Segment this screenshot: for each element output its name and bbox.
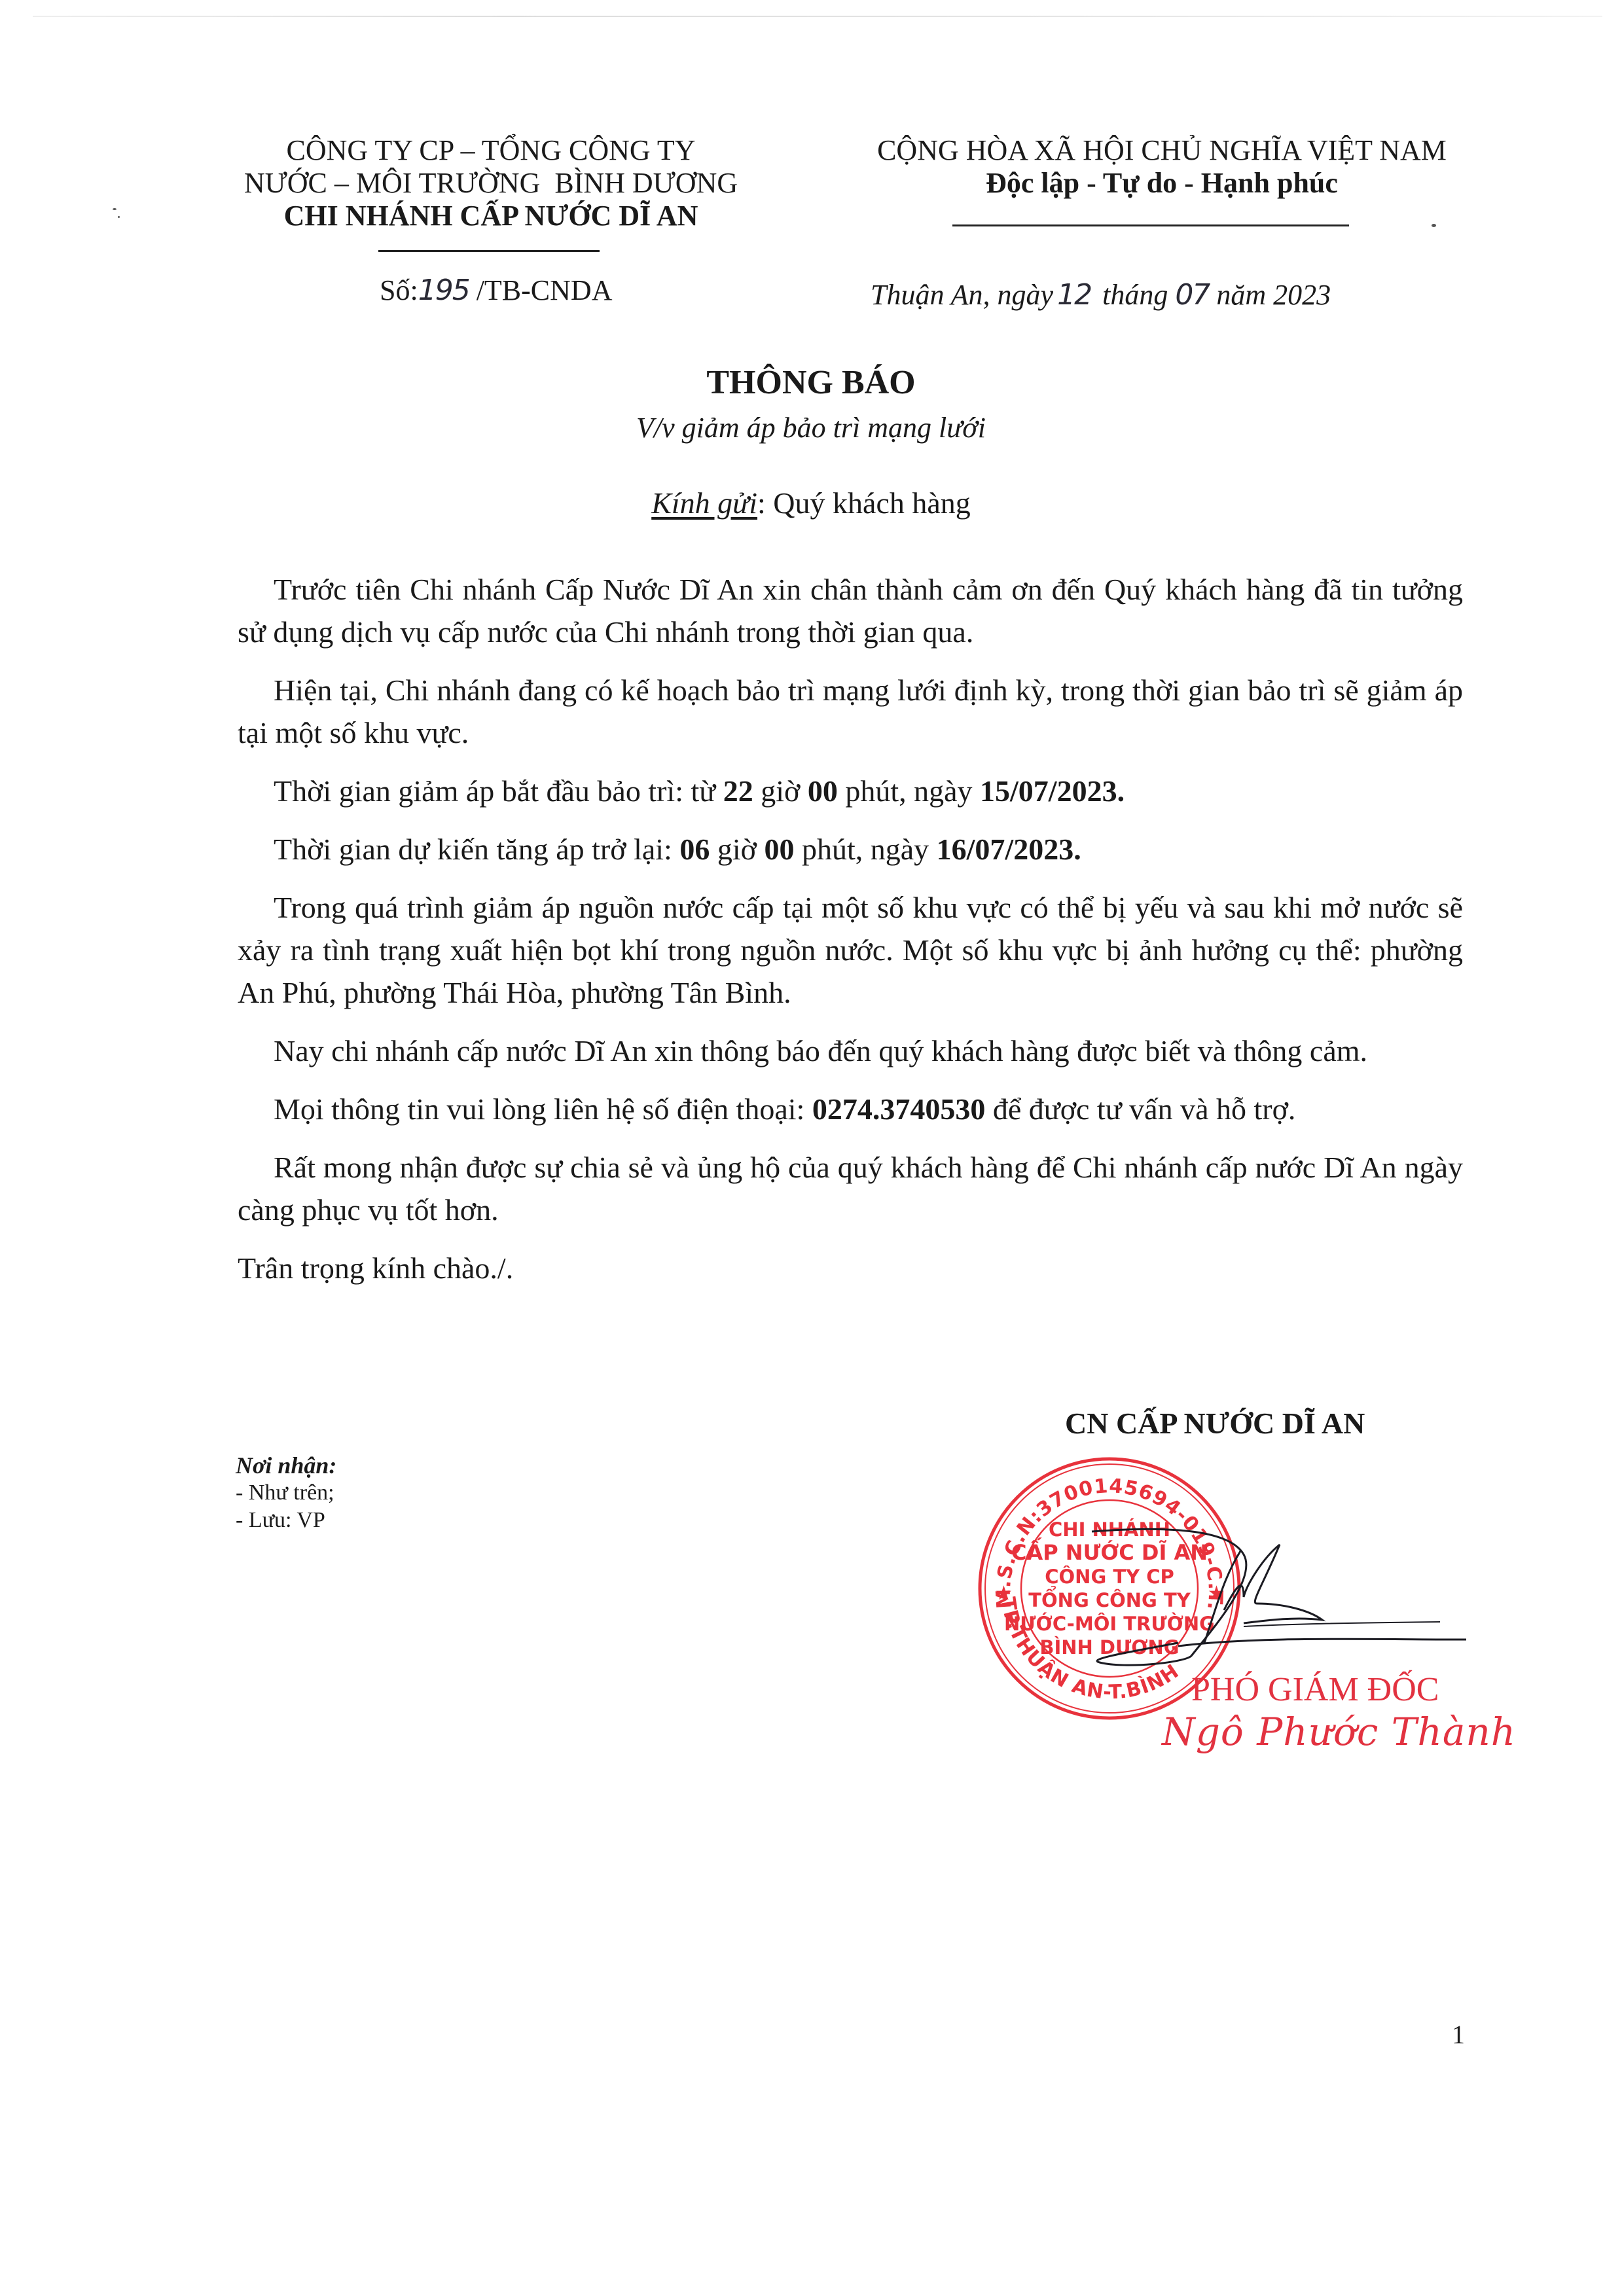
end-minute-unit: phút, ngày (794, 833, 936, 866)
paragraph-thanks: Trước tiên Chi nhánh Cấp Nước Dĩ An xin … (238, 568, 1463, 653)
issuer-parent-line2: NƯỚC – MÔI TRƯỜNG BÌNH DƯƠNG (216, 167, 766, 200)
recipient-item: - Lưu: VP (236, 1507, 336, 1534)
start-hour-unit: giờ (753, 774, 808, 808)
paragraph-affected-areas: Trong quá trình giảm áp nguồn nước cấp t… (238, 886, 1463, 1014)
document-date: Thuận An, ngày12 tháng 07 năm 2023 (871, 278, 1331, 312)
start-minute-unit: phút, ngày (838, 774, 980, 808)
date-year: năm 2023 (1209, 279, 1331, 311)
start-hour: 22 (723, 774, 753, 808)
start-minute: 00 (808, 774, 838, 808)
scan-edge (33, 16, 1602, 17)
signer-organization: CN CẤP NƯỚC DĨ AN (1065, 1406, 1365, 1441)
scan-speck (113, 208, 117, 210)
closing: Trân trọng kính chào./. (238, 1247, 1463, 1289)
document-number: Số:195 /TB-CNDA (380, 274, 612, 307)
document-body: Trước tiên Chi nhánh Cấp Nước Dĩ An xin … (238, 568, 1463, 1305)
greeting-recipient: : Quý khách hàng (757, 486, 971, 520)
doc-number-suffix: /TB-CNDA (469, 274, 613, 306)
greeting-label: Kính gửi (651, 486, 757, 520)
signer-title: PHÓ GIÁM ĐỐC (1191, 1670, 1439, 1709)
issuer-header: CÔNG TY CP – TỔNG CÔNG TY NƯỚC – MÔI TRƯ… (216, 134, 766, 232)
paragraph-end-time: Thời gian dự kiến tăng áp trở lại: 06 gi… (238, 828, 1463, 870)
issuer-parent-line1: CÔNG TY CP – TỔNG CÔNG TY (216, 134, 766, 167)
page-number: 1 (1452, 2019, 1465, 2050)
right-header-rule (952, 224, 1349, 226)
scan-speck (1432, 224, 1436, 227)
doc-number-prefix: Số: (380, 274, 418, 306)
date-month-label: tháng (1095, 279, 1175, 311)
recipients-block: Nơi nhận: - Như trên; - Lưu: VP (236, 1452, 336, 1534)
contact-suffix: để được tư vấn và hỗ trợ. (985, 1092, 1295, 1126)
national-title: CỘNG HÒA XÃ HỘI CHỦ NGHĨA VIỆT NAM (818, 134, 1505, 167)
national-header: CỘNG HÒA XÃ HỘI CHỦ NGHĨA VIỆT NAM Độc l… (818, 134, 1505, 200)
issuer-branch-name: CHI NHÁNH CẤP NƯỚC DĨ AN (216, 200, 766, 232)
date-place: Thuận An, ngày (871, 279, 1053, 311)
greeting: Kính gửi: Quý khách hàng (0, 486, 1622, 520)
contact-label: Mọi thông tin vui lòng liên hệ số điện t… (274, 1092, 812, 1126)
doc-number-handwritten: 195 (418, 274, 469, 307)
national-motto: Độc lập - Tự do - Hạnh phúc (818, 167, 1505, 200)
paragraph-notice: Nay chi nhánh cấp nước Dĩ An xin thông b… (238, 1030, 1463, 1072)
signer-name: Ngô Phước Thành (1162, 1710, 1516, 1754)
recipient-item: - Như trên; (236, 1479, 336, 1507)
start-date: 15/07/2023. (980, 774, 1125, 808)
document-title: THÔNG BÁO (0, 363, 1622, 402)
date-month: 07 (1175, 278, 1209, 312)
paragraph-plan: Hiện tại, Chi nhánh đang có kế hoạch bảo… (238, 669, 1463, 754)
left-header-rule (378, 250, 600, 252)
handwritten-signature (1047, 1505, 1473, 1669)
end-date: 16/07/2023. (937, 833, 1081, 866)
date-day: 12 (1057, 278, 1091, 312)
document-subject: V/v giảm áp bảo trì mạng lưới (0, 411, 1622, 444)
end-hour: 06 (679, 833, 710, 866)
svg-text:★: ★ (995, 1582, 1013, 1605)
end-hour-unit: giờ (710, 833, 764, 866)
paragraph-contact: Mọi thông tin vui lòng liên hệ số điện t… (238, 1088, 1463, 1130)
recipients-heading: Nơi nhận: (236, 1452, 336, 1479)
scan-speck (118, 216, 120, 218)
start-time-label: Thời gian giảm áp bắt đầu bảo trì: từ (274, 774, 723, 808)
end-minute: 00 (764, 833, 794, 866)
end-time-label: Thời gian dự kiến tăng áp trở lại: (274, 833, 679, 866)
contact-phone: 0274.3740530 (812, 1092, 986, 1126)
paragraph-start-time: Thời gian giảm áp bắt đầu bảo trì: từ 22… (238, 770, 1463, 812)
paragraph-appreciation: Rất mong nhận được sự chia sẻ và ủng hộ … (238, 1146, 1463, 1231)
